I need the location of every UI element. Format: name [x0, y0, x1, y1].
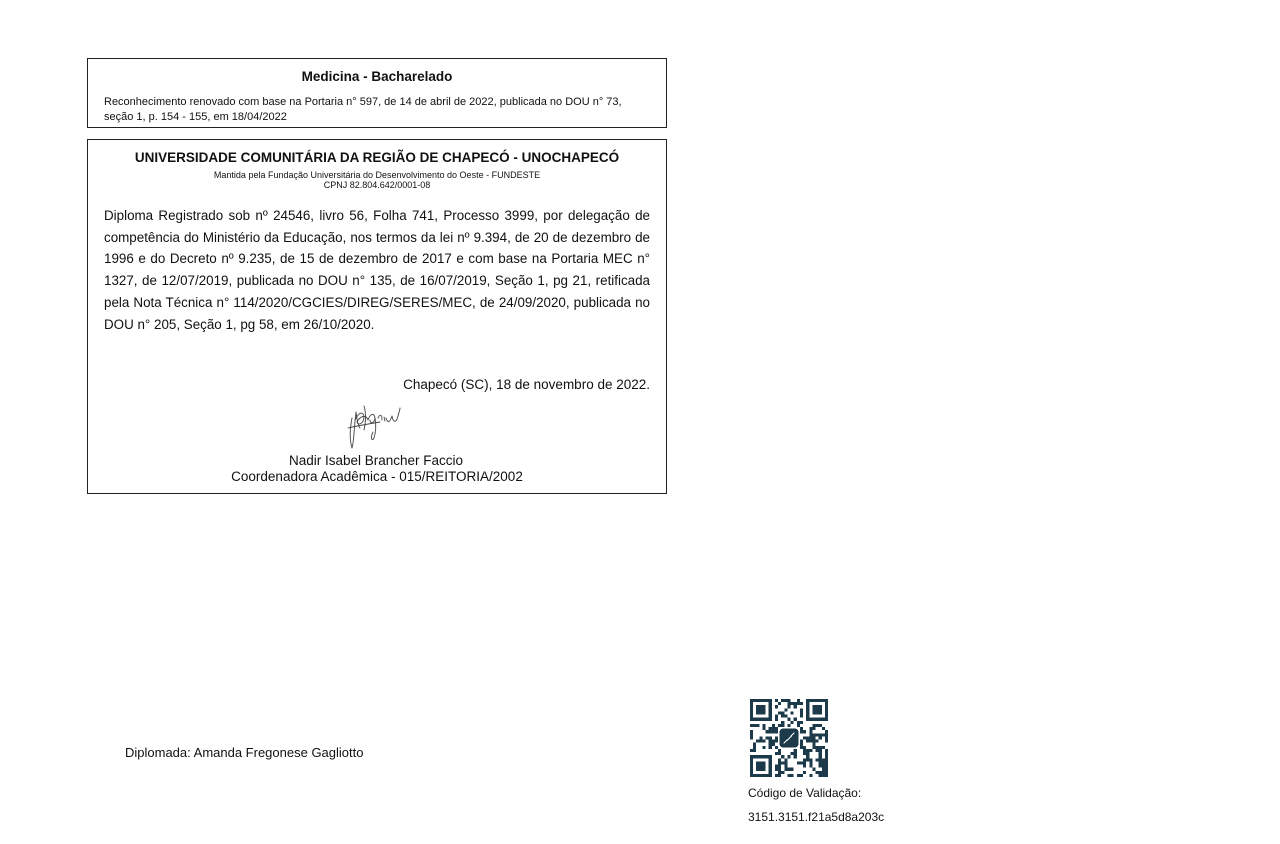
course-recognition-box: Medicina - Bacharelado Reconhecimento re…: [87, 58, 667, 128]
validation-code-label: Código de Validação:: [748, 786, 861, 800]
validation-code[interactable]: 3151.3151.f21a5d8a203c: [748, 810, 884, 824]
maintainer-text: Mantida pela Fundação Universitária do D…: [88, 170, 666, 180]
signature-icon: [342, 398, 408, 452]
registration-text: Diploma Registrado sob nº 24546, livro 5…: [104, 205, 650, 335]
course-recognition-text: Reconhecimento renovado com base na Port…: [104, 95, 652, 125]
place-date: Chapecó (SC), 18 de novembro de 2022.: [403, 377, 650, 392]
graduate-name: Diplomada: Amanda Fregonese Gagliotto: [125, 745, 363, 760]
qr-code-icon[interactable]: [750, 699, 828, 777]
signer-name: Nadir Isabel Brancher Faccio: [88, 453, 666, 468]
signer-name-text: Nadir Isabel Brancher Faccio: [289, 453, 463, 468]
university-name: UNIVERSIDADE COMUNITÁRIA DA REGIÃO DE CH…: [88, 150, 666, 165]
signer-role: Coordenadora Acadêmica - 015/REITORIA/20…: [88, 469, 666, 484]
cnpj-text: CPNJ 82.804.642/0001-08: [88, 180, 666, 190]
course-title: Medicina - Bacharelado: [88, 69, 666, 84]
diploma-registration-box: UNIVERSIDADE COMUNITÁRIA DA REGIÃO DE CH…: [87, 139, 667, 494]
